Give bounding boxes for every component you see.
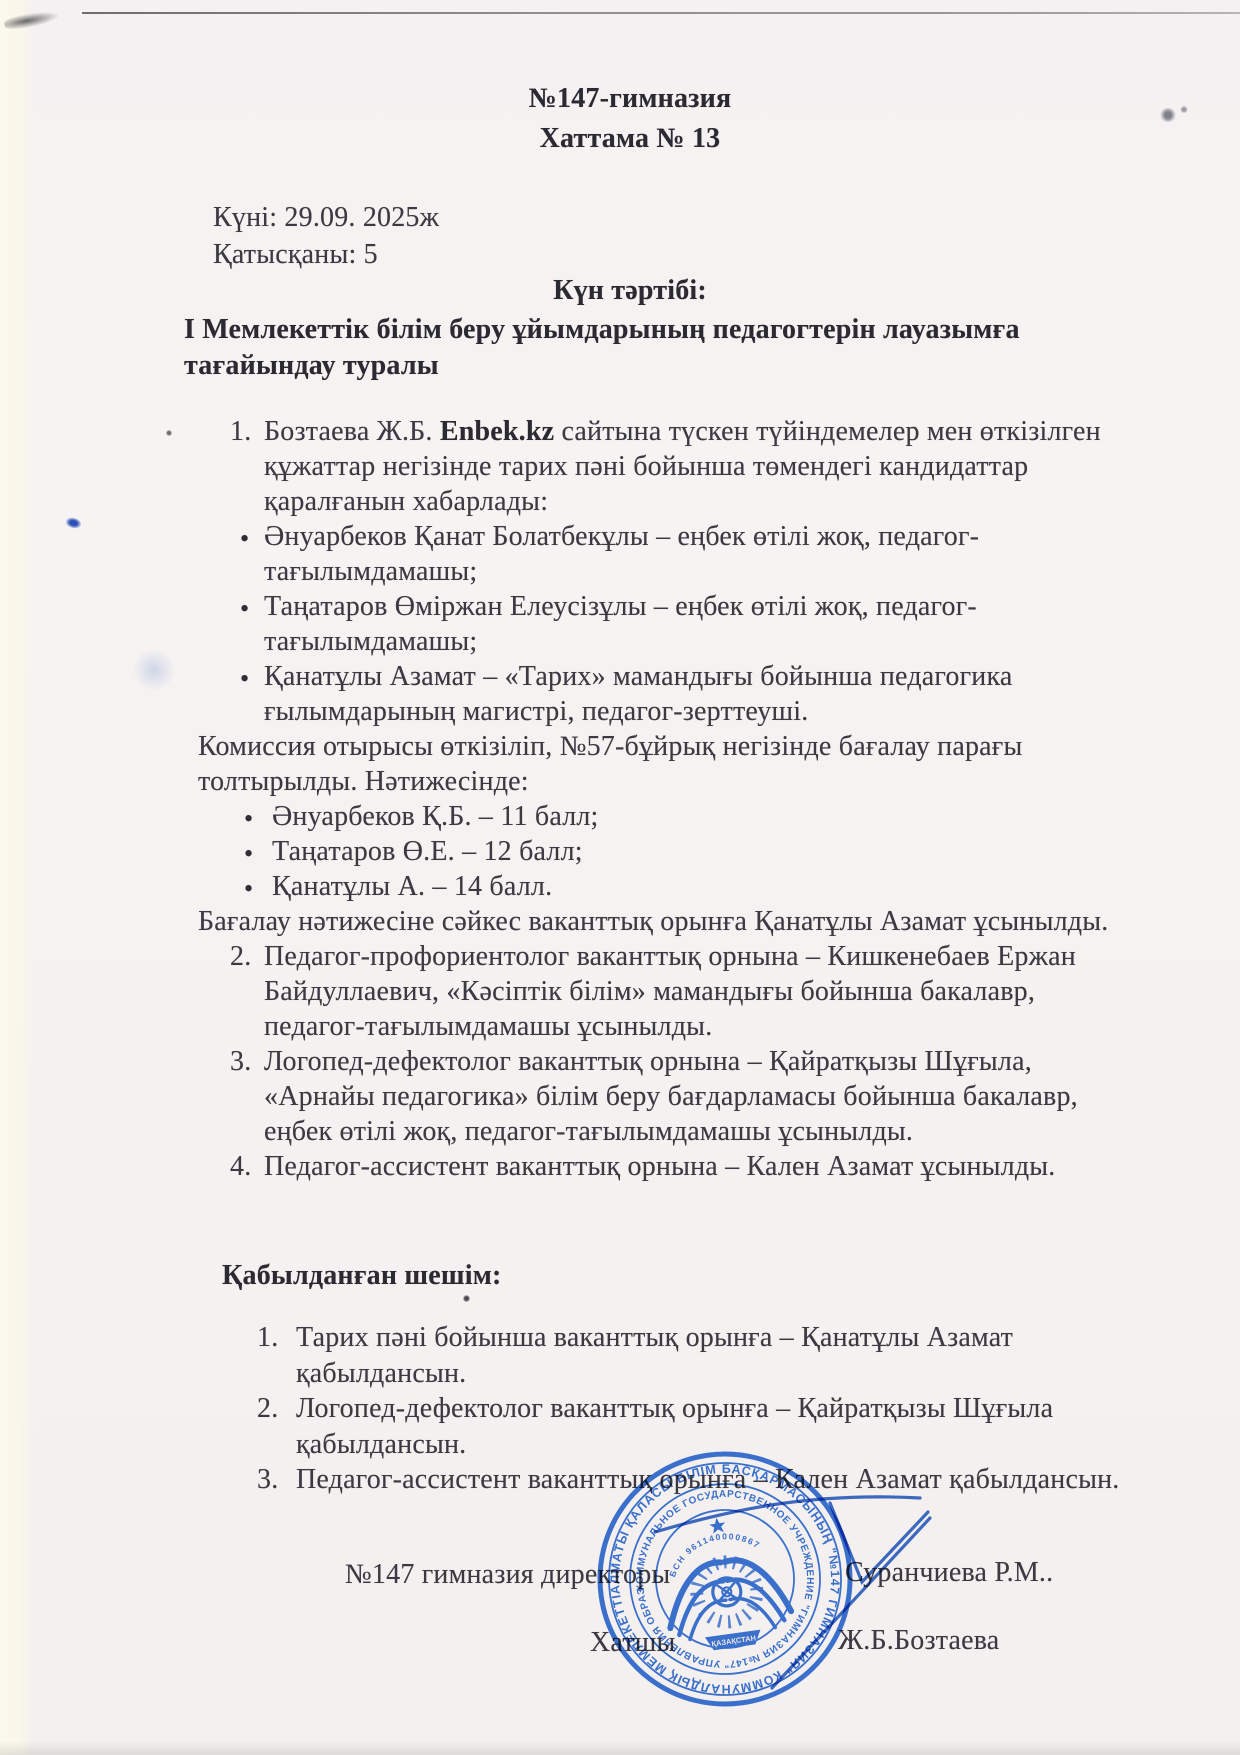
bullet-icon: • <box>240 664 249 694</box>
ink-speck-blue <box>65 516 82 529</box>
protocol-title: Хаттама № 13 <box>10 124 1240 154</box>
agenda-item-3-number: 3. <box>230 1047 251 1077</box>
item-1-text-pre: Бозтаева Ж.Б. <box>264 416 440 447</box>
bullet-icon: • <box>240 594 249 624</box>
candidate-1-line-2: тағылымдамашы; <box>264 557 477 587</box>
agenda-item-4-number: 4. <box>230 1152 251 1182</box>
enbek-kz-bold: Enbek.kz <box>440 416 554 447</box>
agenda-item-2-number: 2. <box>230 942 251 972</box>
agenda-item-1-line-1: Бозтаева Ж.Б. Enbek.kz сайтына түскен тү… <box>264 417 1101 447</box>
bullet-icon: • <box>244 804 253 834</box>
score-line-1: Әнуарбеков Қ.Б. – 11 балл; <box>272 802 599 832</box>
score-line-3: Қанатұлы А. – 14 балл. <box>272 872 552 902</box>
date-line: Күні: 29.09. 2025ж <box>213 203 439 233</box>
agenda-item-3-line-2: «Арнайы педагогика» білім беру бағдарлам… <box>264 1082 1078 1112</box>
agenda-item-2-line-3: педагог-тағылымдамашы ұсынылды. <box>264 1012 712 1042</box>
ink-speck-dark-1 <box>463 1295 470 1302</box>
agenda-item-1-number: 1. <box>230 417 251 447</box>
bullet-icon: • <box>244 874 253 904</box>
decision-item-2-number: 2. <box>257 1394 278 1424</box>
agenda-item-1-line-2: құжаттар негізінде тарих пәні бойынша тө… <box>264 452 1028 482</box>
candidate-1-line-1: Әнуарбеков Қанат Болатбекұлы – еңбек өті… <box>264 522 979 552</box>
agenda-item-2-line-1: Педагог-профориентолог ваканттық орнына … <box>264 942 1076 972</box>
candidate-2-line-1: Таңатаров Өміржан Елеусізұлы – еңбек өті… <box>264 592 977 622</box>
director-signature <box>560 1430 980 1730</box>
agenda-item-1-line-3: қаралғанын хабарлады: <box>264 487 548 517</box>
result-line: Бағалау нәтижесіне сәйкес ваканттық орын… <box>198 907 1108 937</box>
commission-line-1: Комиссия отырысы өткізіліп, №57-бұйрық н… <box>198 732 1023 762</box>
agenda-topic-line-1: І Мемлекеттік білім беру ұйымдарының пед… <box>184 315 1020 345</box>
scan-top-edge-line <box>82 12 1240 14</box>
scanned-protocol-page: №147-гимназия Хаттама № 13 Күні: 29.09. … <box>0 0 1240 1755</box>
agenda-topic-line-2: тағайындау туралы <box>184 351 439 381</box>
decision-item-2-line-2: қабылдансын. <box>296 1430 466 1460</box>
agenda-item-3-line-3: еңбек өтілі жоқ, педагог-тағылымдамашы ұ… <box>264 1117 913 1147</box>
candidate-2-line-2: тағылымдамашы; <box>264 627 477 657</box>
decision-item-3-number: 3. <box>257 1465 278 1495</box>
decision-item-1-number: 1. <box>257 1323 278 1353</box>
ink-smudge-blue-faint <box>132 650 176 690</box>
commission-line-2: толтырылды. Нәтижесінде: <box>198 767 529 797</box>
scan-bottom-edge <box>0 1741 1240 1755</box>
agenda-heading: Күн тәртібі: <box>10 276 1240 306</box>
item-1-text-post: сайтына түскен түйіндемелер мен өткізілг… <box>554 416 1101 447</box>
ink-speck-dark-2 <box>166 430 172 436</box>
agenda-item-2-line-2: Байдуллаевич, «Кәсіптік білім» мамандығы… <box>264 977 1035 1007</box>
bullet-icon: • <box>240 524 249 554</box>
candidate-3-line-2: ғылымдарының магистрі, педагог-зерттеуші… <box>264 697 808 727</box>
agenda-item-4-line-1: Педагог-ассистент ваканттық орнына – Кал… <box>264 1152 1056 1182</box>
school-title: №147-гимназия <box>10 84 1240 114</box>
agenda-item-3-line-1: Логопед-дефектолог ваканттық орнына – Қа… <box>264 1047 1032 1077</box>
bullet-icon: • <box>244 839 253 869</box>
decision-heading: Қабылданған шешім: <box>222 1261 502 1291</box>
candidate-3-line-1: Қанатұлы Азамат – «Тарих» мамандығы бойы… <box>264 662 1012 692</box>
attendees-line: Қатысқаны: 5 <box>213 240 378 270</box>
decision-item-1-line-2: қабылдансын. <box>296 1359 466 1389</box>
signature-strokes <box>560 1430 980 1730</box>
scan-left-edge <box>0 0 34 1755</box>
decision-item-1-line-1: Тарих пәні бойынша ваканттық орынға – Қа… <box>296 1323 1013 1353</box>
score-line-2: Таңатаров Ө.Е. – 12 балл; <box>272 837 583 867</box>
decision-item-2-line-1: Логопед-дефектолог ваканттық орынға – Қа… <box>296 1394 1053 1424</box>
